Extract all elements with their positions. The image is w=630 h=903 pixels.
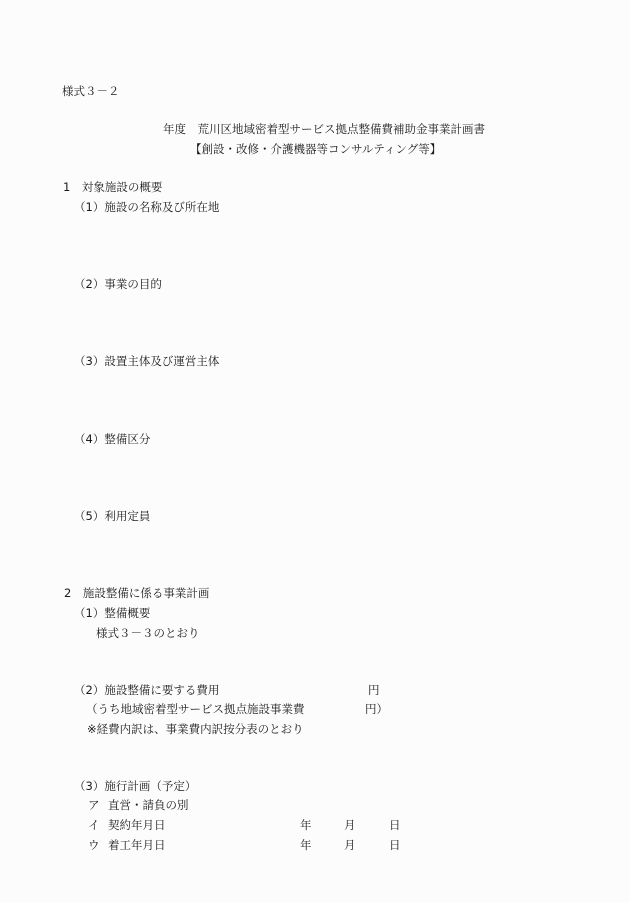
cost-label: （2）施設整備に要する費用 — [74, 683, 219, 697]
schedule-marker: ア — [88, 798, 100, 812]
schedule-item-label: 直営・請負の別 — [108, 798, 189, 812]
schedule-marker: ウ — [88, 838, 100, 852]
section-2-heading: 2 施設整備に係る事業計画 — [64, 586, 209, 600]
day-label: 日 — [389, 838, 401, 852]
day-label: 日 — [389, 818, 401, 832]
schedule-item-label: 着工年月日 — [108, 838, 166, 852]
month-label: 月 — [344, 818, 356, 832]
section-1-item-5: （5）利用定員 — [74, 509, 150, 523]
section-1-item-4: （4）整備区分 — [74, 432, 150, 446]
schedule-item-label: 契約年月日 — [108, 818, 166, 832]
overview-label: （1）整備概要 — [74, 606, 150, 620]
document-title: 年度 荒川区地域密着型サービス拠点整備費補助金事業計画書 — [163, 122, 485, 136]
section-1-item-2: （2）事業の目的 — [74, 277, 162, 291]
overview-value: 様式３－３のとおり — [96, 626, 200, 640]
schedule-marker: イ — [88, 818, 100, 832]
year-label: 年 — [300, 838, 312, 852]
section-1-item-1: （1）施設の名称及び所在地 — [74, 200, 219, 214]
document-subtitle: 【創設・改修・介護機器等コンサルティング等】 — [190, 142, 441, 156]
section-1-item-3: （3）設置主体及び運営主体 — [74, 354, 219, 368]
cost-sub-label: （うち地域密着型サービス拠点施設事業費 — [86, 702, 305, 716]
section-1-heading: 1 対象施設の概要 — [63, 180, 162, 194]
schedule-label: （3）施行計画（予定） — [74, 779, 196, 793]
month-label: 月 — [344, 838, 356, 852]
form-number: 様式３－２ — [62, 84, 120, 98]
cost-sub-unit: 円） — [365, 702, 388, 716]
year-label: 年 — [300, 818, 312, 832]
cost-note: ※経費内訳は、事業費内訳按分表のとおり — [87, 722, 304, 736]
cost-unit: 円 — [368, 683, 380, 697]
